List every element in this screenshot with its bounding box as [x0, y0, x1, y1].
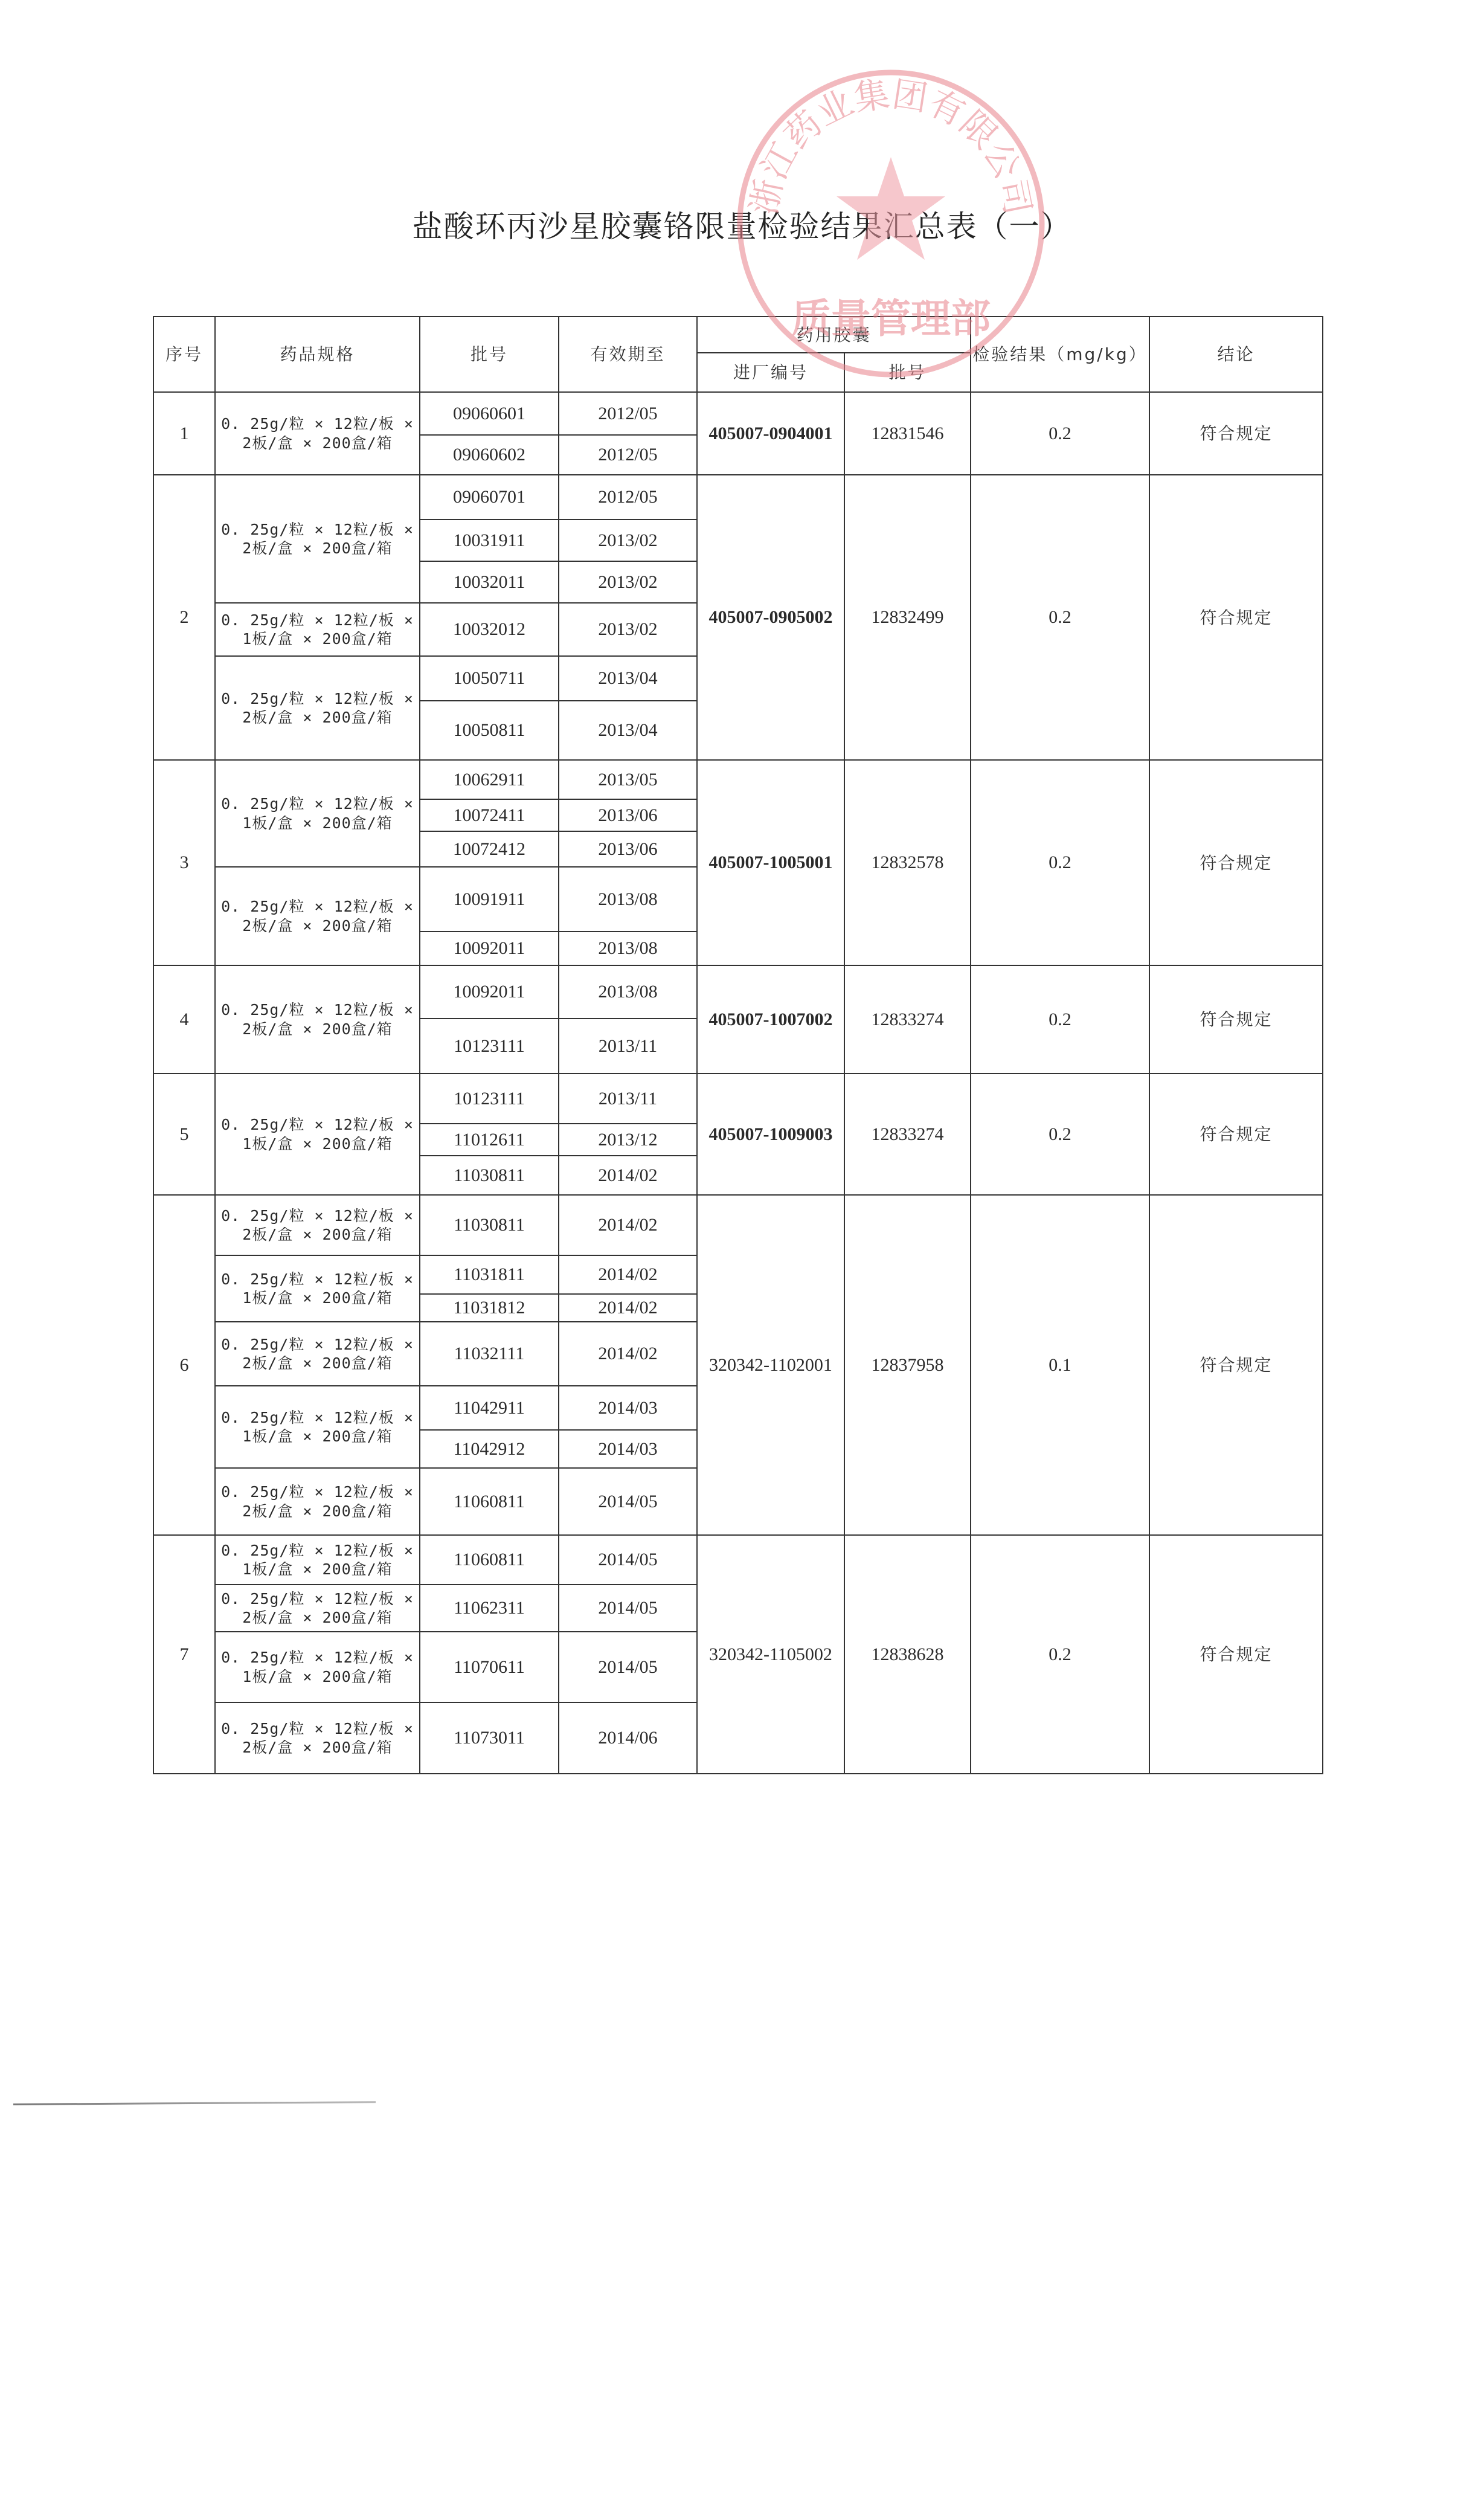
expiry-date: 2014/05: [558, 1631, 698, 1703]
batch-number: 11042912: [419, 1429, 559, 1469]
test-result-value: 0.2: [970, 1073, 1150, 1196]
expiry-date: 2013/02: [558, 602, 698, 657]
header-capsule-batch: 批号: [844, 352, 971, 393]
expiry-date: 2014/05: [558, 1584, 698, 1632]
expiry-date: 2014/03: [558, 1429, 698, 1469]
expiry-date: 2014/03: [558, 1385, 698, 1431]
expiry-date: 2013/06: [558, 831, 698, 868]
capsule-batch-number: 12833274: [844, 1073, 971, 1196]
expiry-date: 2014/02: [558, 1321, 698, 1386]
capsule-intake-number: 320342-1102001: [696, 1194, 845, 1536]
expiry-date: 2013/08: [558, 965, 698, 1019]
header-batch: 批号: [419, 316, 559, 393]
test-result-value: 0.2: [970, 391, 1150, 475]
drug-spec: 0. 25g/粒 × 12粒/板 × 2板/盒 × 200盒/箱: [214, 1467, 420, 1536]
header-seq: 序号: [153, 316, 216, 393]
batch-number: 10092011: [419, 931, 559, 966]
test-result-value: 0.1: [970, 1194, 1150, 1536]
capsule-batch-number: 12831546: [844, 391, 971, 475]
drug-spec: 0. 25g/粒 × 12粒/板 × 1板/盒 × 200盒/箱: [214, 1534, 420, 1585]
batch-number: 11031812: [419, 1293, 559, 1322]
batch-number: 09060602: [419, 434, 559, 475]
batch-number: 10050711: [419, 655, 559, 701]
test-result-value: 0.2: [970, 965, 1150, 1074]
batch-number: 10032011: [419, 561, 559, 604]
conclusion-text: 符合规定: [1149, 1534, 1323, 1774]
conclusion-text: 符合规定: [1149, 474, 1323, 761]
batch-number: 11060811: [419, 1534, 559, 1585]
results-table: 序号药品规格批号有效期至药用胶囊进厂编号批号检验结果（mg/kg）结论10906…: [0, 0, 1484, 2495]
drug-spec: 0. 25g/粒 × 12粒/板 × 2板/盒 × 200盒/箱: [214, 1584, 420, 1632]
drug-spec: 0. 25g/粒 × 12粒/板 × 2板/盒 × 200盒/箱: [214, 474, 420, 604]
batch-number: 10091911: [419, 866, 559, 932]
drug-spec: 0. 25g/粒 × 12粒/板 × 1板/盒 × 200盒/箱: [214, 1631, 420, 1703]
expiry-date: 2013/02: [558, 561, 698, 604]
group-seq: 7: [153, 1534, 216, 1774]
batch-number: 11030811: [419, 1155, 559, 1196]
capsule-intake-number: 320342-1105002: [696, 1534, 845, 1774]
batch-number: 11030811: [419, 1194, 559, 1256]
batch-number: 11073011: [419, 1702, 559, 1774]
capsule-batch-number: 12833274: [844, 965, 971, 1074]
batch-number: 10050811: [419, 700, 559, 761]
test-result-value: 0.2: [970, 474, 1150, 761]
drug-spec: 0. 25g/粒 × 12粒/板 × 1板/盒 × 200盒/箱: [214, 759, 420, 868]
drug-spec: 0. 25g/粒 × 12粒/板 × 2板/盒 × 200盒/箱: [214, 1194, 420, 1256]
expiry-date: 2013/05: [558, 759, 698, 800]
group-seq: 1: [153, 391, 216, 475]
capsule-intake-number: 405007-1007002: [696, 965, 845, 1074]
batch-number: 10032012: [419, 602, 559, 657]
batch-number: 11031811: [419, 1255, 559, 1295]
drug-spec: 0. 25g/粒 × 12粒/板 × 1板/盒 × 200盒/箱: [214, 602, 420, 657]
batch-number: 10123111: [419, 1018, 559, 1074]
header-capsule-group: 药用胶囊: [696, 316, 971, 353]
capsule-intake-number: 405007-1005001: [696, 759, 845, 966]
test-result-value: 0.2: [970, 759, 1150, 966]
batch-number: 11060811: [419, 1467, 559, 1536]
batch-number: 11042911: [419, 1385, 559, 1431]
expiry-date: 2013/11: [558, 1018, 698, 1074]
capsule-batch-number: 12837958: [844, 1194, 971, 1536]
expiry-date: 2013/11: [558, 1073, 698, 1124]
capsule-batch-number: 12832578: [844, 759, 971, 966]
expiry-date: 2013/08: [558, 931, 698, 966]
expiry-date: 2013/02: [558, 519, 698, 562]
drug-spec: 0. 25g/粒 × 12粒/板 × 2板/盒 × 200盒/箱: [214, 866, 420, 966]
capsule-intake-number: 405007-0904001: [696, 391, 845, 475]
test-result-value: 0.2: [970, 1534, 1150, 1774]
drug-spec: 0. 25g/粒 × 12粒/板 × 2板/盒 × 200盒/箱: [214, 391, 420, 475]
expiry-date: 2013/04: [558, 700, 698, 761]
batch-number: 10092011: [419, 965, 559, 1019]
batch-number: 10031911: [419, 519, 559, 562]
header-capsule-intake-no: 进厂编号: [696, 352, 845, 393]
batch-number: 11070611: [419, 1631, 559, 1703]
capsule-batch-number: 12832499: [844, 474, 971, 761]
expiry-date: 2013/12: [558, 1123, 698, 1156]
drug-spec: 0. 25g/粒 × 12粒/板 × 1板/盒 × 200盒/箱: [214, 1385, 420, 1469]
expiry-date: 2014/05: [558, 1467, 698, 1536]
drug-spec: 0. 25g/粒 × 12粒/板 × 2板/盒 × 200盒/箱: [214, 655, 420, 761]
batch-number: 10062911: [419, 759, 559, 800]
drug-spec: 0. 25g/粒 × 12粒/板 × 2板/盒 × 200盒/箱: [214, 1702, 420, 1774]
conclusion-text: 符合规定: [1149, 1194, 1323, 1536]
batch-number: 11012611: [419, 1123, 559, 1156]
batch-number: 10123111: [419, 1073, 559, 1124]
header-conclusion: 结论: [1149, 316, 1323, 393]
expiry-date: 2012/05: [558, 434, 698, 475]
capsule-batch-number: 12838628: [844, 1534, 971, 1774]
group-seq: 2: [153, 474, 216, 761]
expiry-date: 2012/05: [558, 391, 698, 436]
conclusion-text: 符合规定: [1149, 391, 1323, 475]
expiry-date: 2013/06: [558, 799, 698, 832]
drug-spec: 0. 25g/粒 × 12粒/板 × 1板/盒 × 200盒/箱: [214, 1255, 420, 1322]
batch-number: 10072411: [419, 799, 559, 832]
batch-number: 11032111: [419, 1321, 559, 1386]
expiry-date: 2014/06: [558, 1702, 698, 1774]
expiry-date: 2014/02: [558, 1194, 698, 1256]
group-seq: 6: [153, 1194, 216, 1536]
expiry-date: 2014/02: [558, 1155, 698, 1196]
batch-number: 11062311: [419, 1584, 559, 1632]
header-expiry: 有效期至: [558, 316, 698, 393]
conclusion-text: 符合规定: [1149, 759, 1323, 966]
conclusion-text: 符合规定: [1149, 965, 1323, 1074]
group-seq: 4: [153, 965, 216, 1074]
batch-number: 09060701: [419, 474, 559, 520]
capsule-intake-number: 405007-1009003: [696, 1073, 845, 1196]
expiry-date: 2014/02: [558, 1293, 698, 1322]
header-result: 检验结果（mg/kg）: [970, 316, 1150, 393]
expiry-date: 2014/02: [558, 1255, 698, 1295]
group-seq: 5: [153, 1073, 216, 1196]
expiry-date: 2013/08: [558, 866, 698, 932]
batch-number: 10072412: [419, 831, 559, 868]
expiry-date: 2013/04: [558, 655, 698, 701]
expiry-date: 2014/05: [558, 1534, 698, 1585]
conclusion-text: 符合规定: [1149, 1073, 1323, 1196]
drug-spec: 0. 25g/粒 × 12粒/板 × 2板/盒 × 200盒/箱: [214, 965, 420, 1074]
capsule-intake-number: 405007-0905002: [696, 474, 845, 761]
drug-spec: 0. 25g/粒 × 12粒/板 × 1板/盒 × 200盒/箱: [214, 1073, 420, 1196]
header-spec: 药品规格: [214, 316, 420, 393]
batch-number: 09060601: [419, 391, 559, 436]
group-seq: 3: [153, 759, 216, 966]
drug-spec: 0. 25g/粒 × 12粒/板 × 2板/盒 × 200盒/箱: [214, 1321, 420, 1386]
expiry-date: 2012/05: [558, 474, 698, 520]
